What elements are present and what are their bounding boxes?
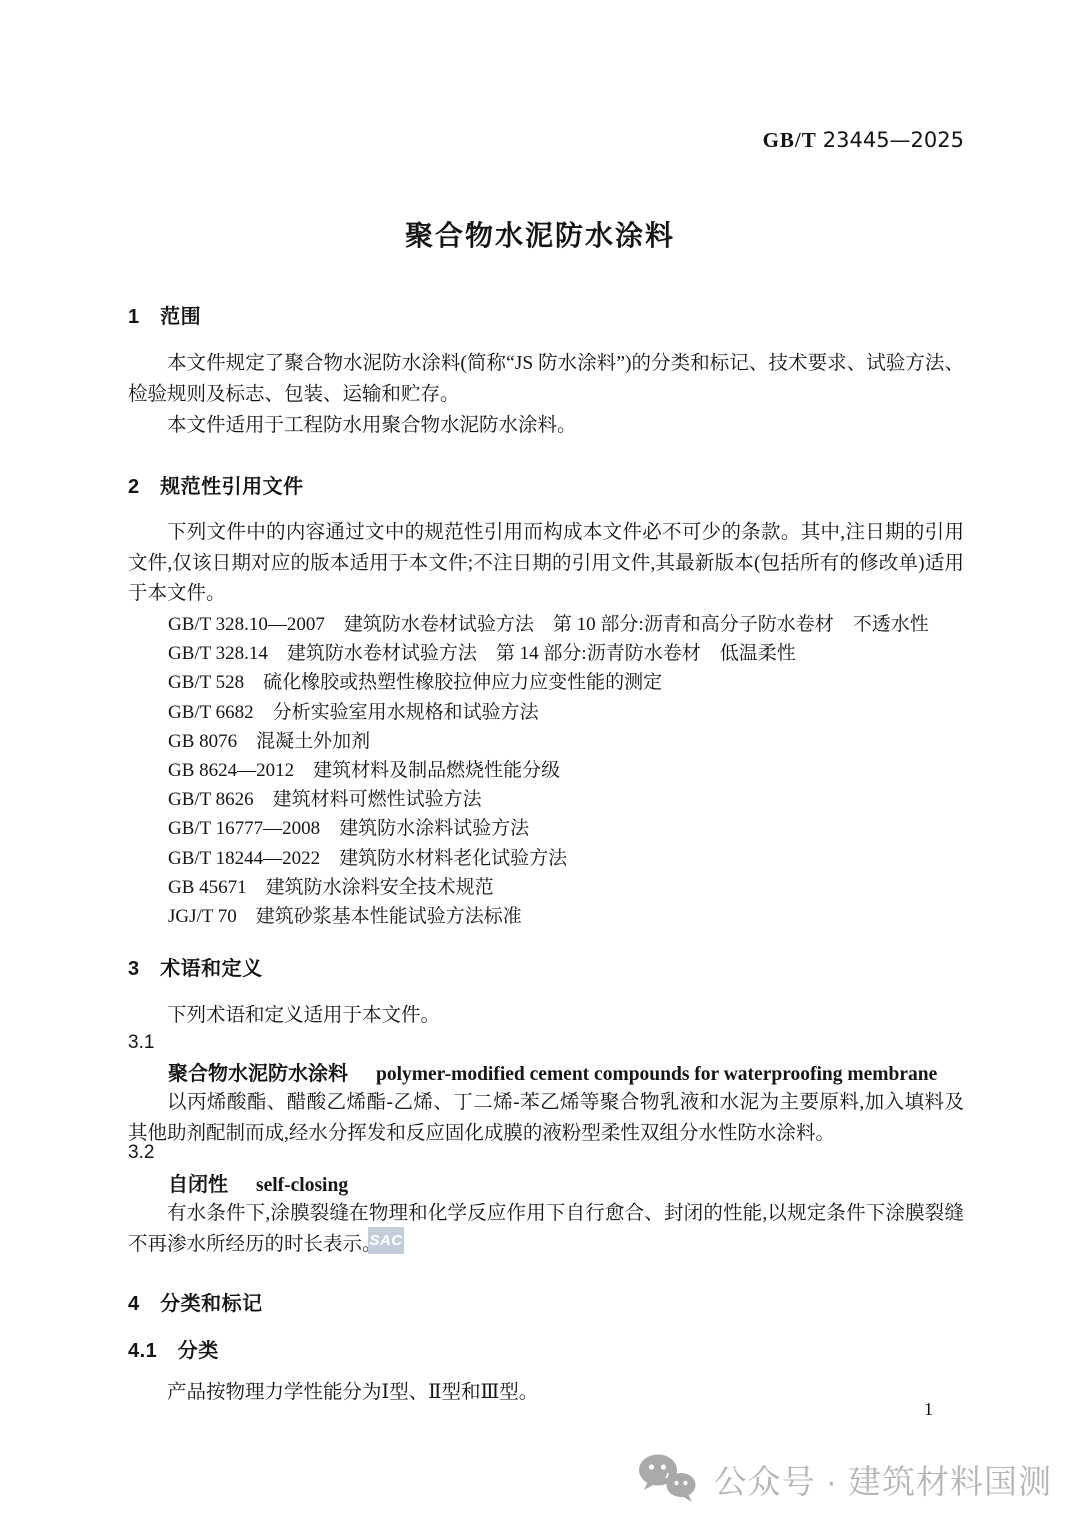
section-1-paragraph-1: 本文件规定了聚合物水泥防水涂料(简称“JS 防水涂料”)的分类和标记、技术要求、… <box>128 348 964 410</box>
reference-list: GB/T 328.10—2007 建筑防水卷材试验方法 第 10 部分:沥青和高… <box>128 610 1038 931</box>
footer-watermark: 公众号 · 建筑材料国测 <box>638 1454 1052 1504</box>
reference-item: GB/T 8626 建筑材料可燃性试验方法 <box>168 785 1038 814</box>
reference-item: JGJ/T 70 建筑砂浆基本性能试验方法标准 <box>168 902 1038 931</box>
section-4-1-heading: 4.1 分类 <box>128 1334 219 1363</box>
reference-item: GB/T 6682 分析实验室用水规格和试验方法 <box>168 698 1038 727</box>
reference-item: GB 45671 建筑防水涂料安全技术规范 <box>168 873 1038 902</box>
term-3-2-en: self-closing <box>256 1175 348 1196</box>
wechat-icon <box>638 1454 700 1504</box>
section-2-heading: 2 规范性引用文件 <box>128 470 304 499</box>
document-title: 聚合物水泥防水涂料 <box>0 214 1080 254</box>
doc-code-number: 23445—2025 <box>823 128 964 152</box>
reference-item: GB/T 328.10—2007 建筑防水卷材试验方法 第 10 部分:沥青和高… <box>168 610 1038 639</box>
sac-watermark-label: SAC <box>369 1232 402 1249</box>
reference-item: GB/T 18244—2022 建筑防水材料老化试验方法 <box>168 844 1038 873</box>
term-3-2-definition: 有水条件下,涂膜裂缝在物理和化学反应作用下自行愈合、封闭的性能,以规定条件下涂膜… <box>128 1198 964 1260</box>
page-number: 1 <box>924 1399 933 1420</box>
reference-item: GB 8624—2012 建筑材料及制品燃烧性能分级 <box>168 756 1038 785</box>
term-3-2-zh: 自闭性 <box>168 1174 228 1196</box>
reference-item: GB/T 16777—2008 建筑防水涂料试验方法 <box>168 814 1038 843</box>
reference-item: GB/T 328.14 建筑防水卷材试验方法 第 14 部分:沥青防水卷材 低温… <box>168 639 1038 668</box>
term-3-1-definition: 以丙烯酸酯、醋酸乙烯酯-乙烯、丁二烯-苯乙烯等聚合物乳液和水泥为主要原料,加入填… <box>128 1087 964 1149</box>
term-3-1-number: 3.1 <box>128 1032 154 1054</box>
sac-watermark-logo: SAC <box>368 1227 404 1254</box>
section-3-heading: 3 术语和定义 <box>128 952 263 981</box>
footer-watermark-text: 公众号 · 建筑材料国测 <box>714 1456 1052 1503</box>
term-3-1-line: 聚合物水泥防水涂料polymer-modified cement compoun… <box>168 1057 937 1086</box>
reference-item: GB/T 528 硫化橡胶或热塑性橡胶拉伸应力应变性能的测定 <box>168 668 1038 697</box>
doc-code: GB/T23445—2025 <box>763 128 964 153</box>
section-4-1-paragraph: 产品按物理力学性能分为Ⅰ型、Ⅱ型和Ⅲ型。 <box>128 1377 964 1408</box>
section-2-intro: 下列文件中的内容通过文中的规范性引用而构成本文件必不可少的条款。其中,注日期的引… <box>128 518 964 610</box>
section-1-heading: 1 范围 <box>128 300 201 329</box>
term-3-1-zh: 聚合物水泥防水涂料 <box>168 1063 348 1085</box>
term-3-2-number: 3.2 <box>128 1142 154 1164</box>
section-4-heading: 4 分类和标记 <box>128 1287 263 1316</box>
section-3-intro: 下列术语和定义适用于本文件。 <box>128 1000 964 1031</box>
doc-code-prefix: GB/T <box>763 128 817 152</box>
term-3-2-line: 自闭性self-closing <box>168 1168 348 1197</box>
reference-item: GB 8076 混凝土外加剂 <box>168 727 1038 756</box>
term-3-1-en: polymer-modified cement compounds for wa… <box>376 1064 937 1085</box>
document-page: GB/T23445—2025 聚合物水泥防水涂料 1 范围 本文件规定了聚合物水… <box>0 0 1080 1527</box>
section-1-paragraph-2: 本文件适用于工程防水用聚合物水泥防水涂料。 <box>128 410 964 441</box>
